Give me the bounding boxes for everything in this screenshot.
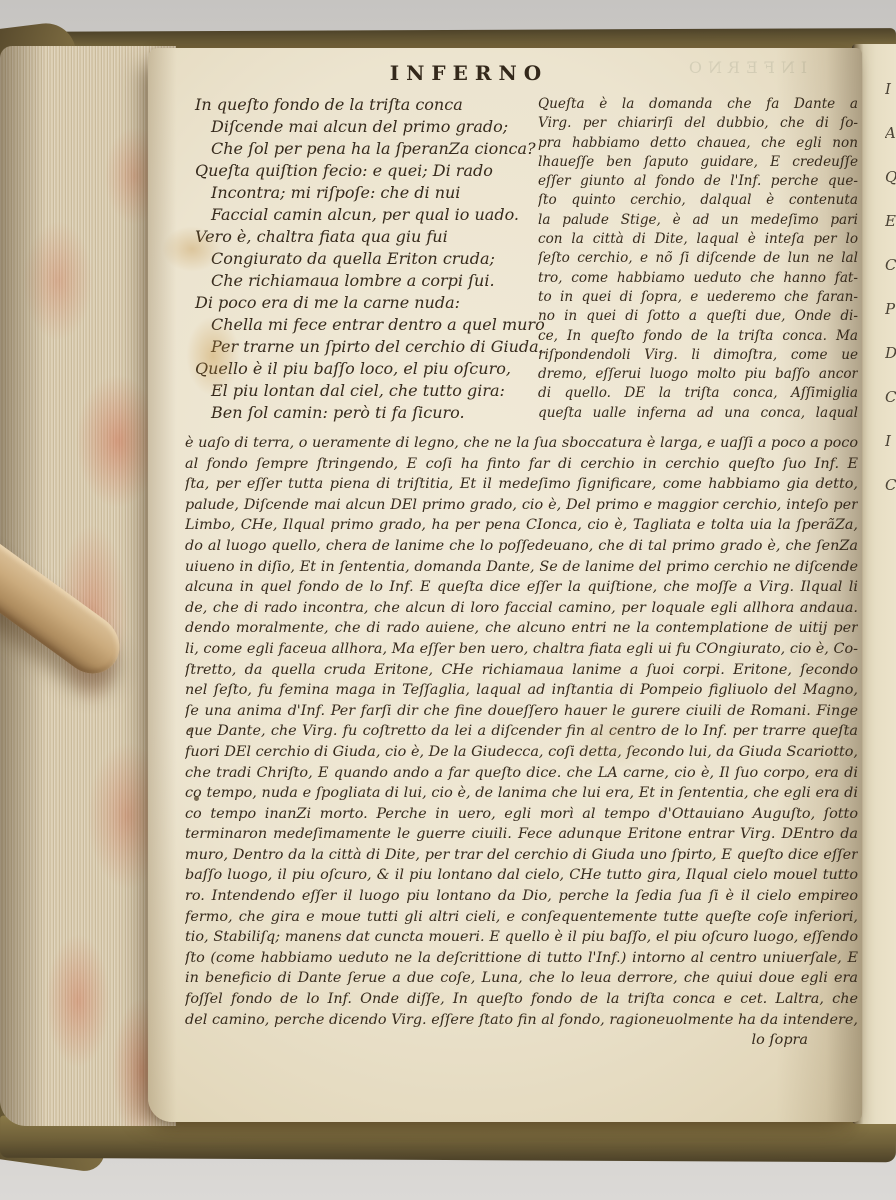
commentary-line: dremo, eſſerui luogo molto piu baſſo anc…: [538, 365, 858, 384]
verse-line: Queſta quiſtion fecio: e quei; Di rado: [195, 160, 531, 182]
commentary-line: pra habbiamo detto chauea, che egli non: [538, 134, 858, 153]
catchword-row: lo ſopra: [185, 1032, 858, 1048]
verse-line: Per trarne un ſpirto del cerchio di Giud…: [195, 336, 531, 358]
book-photograph: IAQECPDCIC INFERNO INFERNO In queſto fon…: [0, 0, 896, 1200]
commentary-line: Virg. per chiarirſi del dubbio, che di ſ…: [538, 114, 858, 133]
commentary-line: fuori DEl cerchio di Giuda, cio è, De la…: [185, 742, 858, 763]
commentary-line: ſtretto, da quella cruda Eritone, CHe ri…: [185, 660, 858, 681]
commentary-line: to in quei di ſopra, e uederemo che fara…: [538, 288, 858, 307]
commentary-line: lhaueſſe ben ſaputo guidare, E credeuſſe: [538, 153, 858, 172]
verse-line: Diſcende mai alcun del primo grado;: [195, 116, 531, 138]
commentary-line: ſta, per eſſer tutta piena di triſtitia,…: [185, 474, 858, 495]
commentary-line: foſſel fondo de lo Inf. Onde diſſe, In q…: [185, 989, 858, 1010]
commentary-line: alcuna in quel fondo de lo Inf. E queſta…: [185, 577, 858, 598]
verse-line: Quello è il piu baſſo loco, el piu oſcur…: [195, 358, 531, 380]
verse-line: Di poco era di me la carne nuda:: [195, 292, 531, 314]
commentary-line: ſto (come habbiamo ueduto ne la deſcritt…: [185, 948, 858, 969]
commentary-line: ſto quinto cerchio, dalqual è contenuta: [538, 191, 858, 210]
letter-fragment: C: [885, 390, 896, 405]
letter-fragment: C: [885, 258, 896, 273]
commentary-line: la palude Stige, è ad un medeſimo pari: [538, 211, 858, 230]
commentary-line: al fondo ſempre ſtringendo, E coſi ha fi…: [185, 454, 858, 475]
commentary-line: nel ſeſto, fu femina maga in Teſſaglia, …: [185, 680, 858, 701]
commentary-line: palude, Diſcende mai alcun DEl primo gra…: [185, 495, 858, 516]
commentary-line: con la città di Dite, laqual è inteſa pe…: [538, 230, 858, 249]
commentary-line: no in quei di ſotto a queſti due, Onde d…: [538, 307, 858, 326]
commentary-line: que Dante, che Virg. fu coſtretto da lei…: [185, 721, 858, 742]
commentary-line: co tempo inanZi morto. Perche in uero, e…: [185, 804, 858, 825]
letter-fragment: E: [885, 214, 896, 229]
commentary-line: de, che di rado incontra, che alcun di l…: [185, 598, 858, 619]
commentary-line: ſeſto cerchio, e nõ ſi diſcende de lun n…: [538, 249, 858, 268]
commentary-line: uiueno in diſio, Et in ſententia, domand…: [185, 557, 858, 578]
commentary-line: muro, Dentro da la città di Dite, per tr…: [185, 845, 858, 866]
commentary-line: queſta ualle inferna ad una conca, laqua…: [538, 404, 858, 423]
commentary-line: è uaſo di terra, o ueramente di legno, c…: [185, 433, 858, 454]
commentary-line: ce, In queſto fondo de la triſta conca. …: [538, 327, 858, 346]
commentary-line: di quello. DE la triſta conca, Aſſimigli…: [538, 384, 858, 403]
verse-line: Ben ſol camin: però ti fa ſicuro.: [195, 402, 531, 424]
letter-fragment: Q: [885, 170, 896, 185]
verse-line: El piu lontan dal ciel, che tutto gira:: [195, 380, 531, 402]
commentary-line: li, come egli faceua allhora, Ma eſſer b…: [185, 639, 858, 660]
commentary-line: eſſer giunto al fondo de l'Inf. perche q…: [538, 172, 858, 191]
commentary-line: dendo moralmente, che di rado auiene, ch…: [185, 618, 858, 639]
commentary-line: co tempo, nuda e ſpogliata di lui, cio è…: [185, 783, 858, 804]
commentary-line: do al luogo quello, chera de lanime che …: [185, 536, 858, 557]
letter-fragment: C: [885, 478, 896, 493]
book-page: INFERNO INFERNO In queſto fondo de la tr…: [148, 48, 862, 1122]
commentary-line: Limbo, CHe, Ilqual primo grado, ha per p…: [185, 515, 858, 536]
letter-fragment: D: [885, 346, 896, 361]
letter-fragment: A: [885, 126, 896, 141]
commentary-line: in beneficio di Dante ſerue a due coſe, …: [185, 968, 858, 989]
commentary-line: tio, Stabiliſq; manens dat cuncta moueri…: [185, 927, 858, 948]
verse-column: In queſto fondo de la triſta concaDiſcen…: [195, 94, 531, 424]
commentary-line: fermo, che gira e moue tutti gli altri c…: [185, 907, 858, 928]
commentary-line: baſſo luogo, il piu oſcuro, & il piu lon…: [185, 865, 858, 886]
verse-line: In queſto fondo de la triſta conca: [195, 94, 531, 116]
verse-line: Che richiamaua lombre a corpi ſui.: [195, 270, 531, 292]
letter-fragment: I: [885, 434, 896, 449]
facing-page-text-fragments: IAQECPDCIC: [885, 82, 896, 493]
verse-line: Faccial camin alcun, per qual io uado.: [195, 204, 531, 226]
page-header-title: INFERNO: [148, 61, 862, 85]
commentary-full-width: è uaſo di terra, o ueramente di legno, c…: [185, 433, 858, 1030]
commentary-line: terminaron medeſimamente le guerre ciuil…: [185, 824, 858, 845]
commentary-line: tro, come habbiamo ueduto che hanno fat-: [538, 269, 858, 288]
commentary-line: ro. Intendendo eſſer il luogo piu lontan…: [185, 886, 858, 907]
commentary-column: Queſta è la domanda che fa Dante aVirg. …: [538, 95, 858, 423]
verse-line: Che ſol per pena ha la ſperanZa cionca?: [195, 138, 531, 160]
commentary-line: riſpondendoli Virg. li dimoſtra, come ue: [538, 346, 858, 365]
commentary-line: del camino, perche dicendo Virg. eſſere …: [185, 1010, 858, 1031]
verse-line: Congiurato da quella Eriton cruda;: [195, 248, 531, 270]
letter-fragment: I: [885, 82, 896, 97]
verse-line: Chella mi fece entrar dentro a quel muro: [195, 314, 531, 336]
commentary-line: ſe una anima d'Inf. Per farſi dir che fi…: [185, 701, 858, 722]
verse-line: Vero è, chaltra fiata qua giu fui: [195, 226, 531, 248]
letter-fragment: P: [885, 302, 896, 317]
catchword: lo ſopra: [751, 1032, 808, 1048]
commentary-line: che tradi Chriſto, E quando ando a far q…: [185, 763, 858, 784]
commentary-line: Queſta è la domanda che fa Dante a: [538, 95, 858, 114]
verse-line: Incontra; mi riſpoſe: che di nui: [195, 182, 531, 204]
